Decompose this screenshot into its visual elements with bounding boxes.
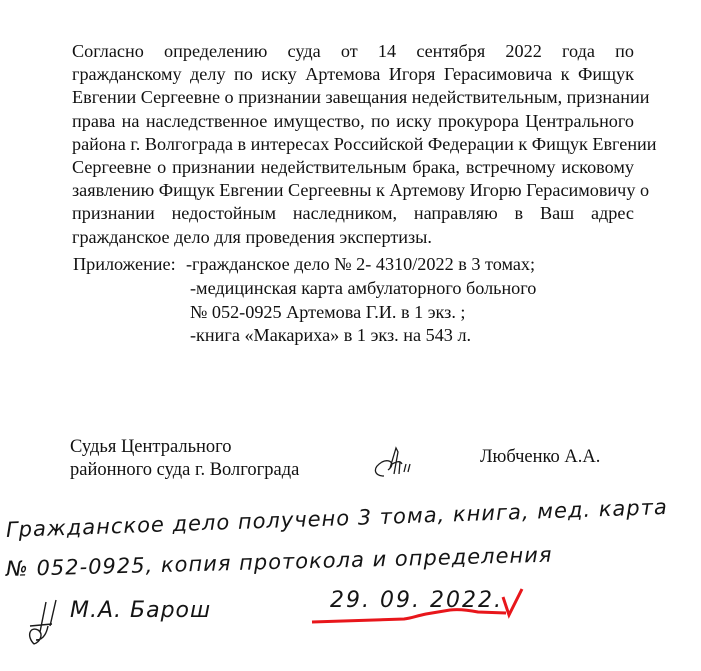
paragraph-line: заявлению Фищук Евгении Сергеевны к Арте… <box>72 179 634 202</box>
paragraph-line: гражданское дело для проведения эксперти… <box>72 226 634 249</box>
attachment-item: -медицинская карта амбулаторного больног… <box>190 277 536 301</box>
judge-title-line: Судья Центрального <box>70 436 299 459</box>
paragraph-line: гражданскому делу по иску Артемова Игоря… <box>72 63 634 86</box>
paragraph-line: Согласно определению суда от 14 сентября… <box>72 40 634 63</box>
attachment-item: -книга «Макариха» в 1 экз. на 543 л. <box>190 324 471 348</box>
judge-title: Судья Центрального районного суда г. Вол… <box>70 436 299 482</box>
paragraph-line: района г. Волгограда в интересах Российс… <box>72 133 634 156</box>
handwritten-line: Гражданское дело получено 3 тома, книга,… <box>6 495 669 542</box>
attachment-item: -гражданское дело № 2- 4310/2022 в 3 том… <box>186 253 535 277</box>
receiver-signature-icon <box>22 596 62 648</box>
judge-title-line: районного суда г. Волгограда <box>70 459 299 482</box>
judge-name: Любченко А.А. <box>480 447 600 468</box>
attachment-item: № 052-0925 Артемова Г.И. в 1 экз. ; <box>190 301 465 325</box>
red-underline <box>308 606 508 636</box>
handwritten-line: № 052-0925, копия протокола и определени… <box>6 543 553 581</box>
attachment-label: Приложение: <box>73 253 176 277</box>
main-paragraph: Согласно определению суда от 14 сентября… <box>72 40 634 249</box>
paragraph-line: признании недостойным наследником, напра… <box>72 202 634 225</box>
paragraph-line: права на наследственное имущество, по ис… <box>72 110 634 133</box>
paragraph-line: Сергеевне о признании недействительным б… <box>72 156 634 179</box>
judge-signature-icon <box>370 438 420 488</box>
paragraph-line: Евгении Сергеевне о признании завещания … <box>72 86 634 109</box>
receiver-name: М.А. Барош <box>70 598 211 623</box>
red-checkmark-icon <box>500 587 530 619</box>
